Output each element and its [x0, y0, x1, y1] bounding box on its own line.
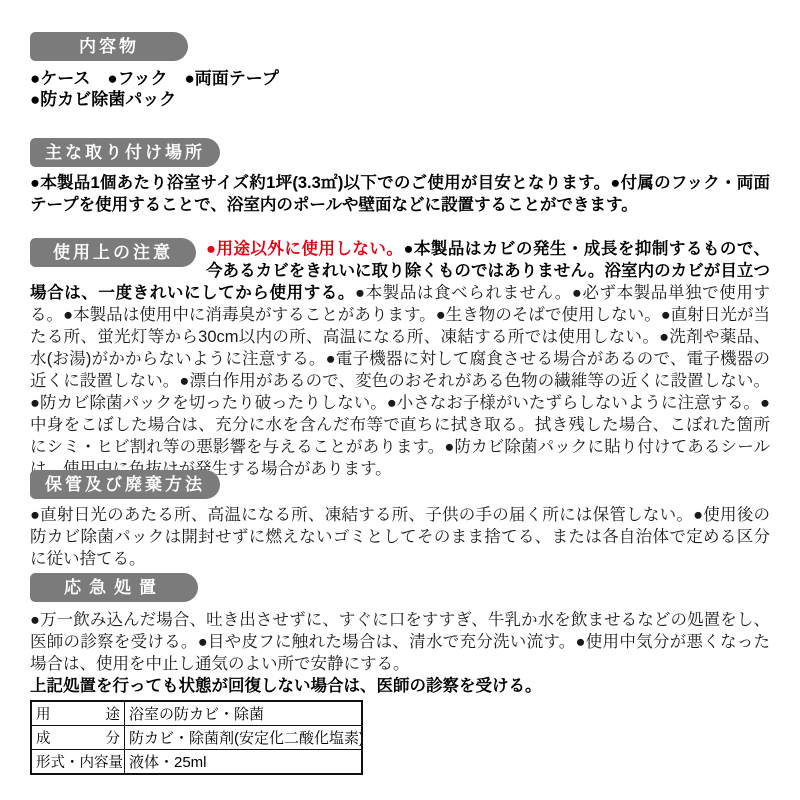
section-storage: 保管及び廃棄方法 ●直射日光のあたる所、高温になる所、凍結する所、子供の手の届く…: [30, 470, 770, 570]
table-row: 形式・内容量 液体・25ml: [31, 750, 362, 775]
storage-body: ●直射日光のあたる所、高温になる所、凍結する所、子供の手の届く所には保管しない。…: [30, 504, 770, 570]
installation-body: ●本製品1個あたり浴室サイズ約1坪(3.3㎡)以下でのご使用が目安となります。●…: [30, 172, 770, 216]
section-first-aid: 応急処置 ●万一飲み込んだ場合、吐き出させずに、すぐに口をすすぎ、牛乳か水を飲ま…: [30, 573, 770, 697]
first-aid-bold-note: 上記処置を行っても状態が回復しない場合は、医師の診察を受ける。: [30, 675, 770, 697]
section-title-contents: 内容物: [30, 32, 188, 61]
precautions-warning-red: ●用途以外に使用しない。: [206, 240, 403, 258]
spec-value-ingredients: 防カビ・除菌剤(安定化二酸化塩素)、有機酸: [125, 726, 363, 750]
section-title-installation: 主な取り付け場所: [30, 138, 220, 167]
contents-items-line1: ●ケース ●フック ●両面テープ: [30, 68, 770, 89]
spec-value-use: 浴室の防カビ・除菌: [125, 701, 363, 726]
product-label-document: 内容物 ●ケース ●フック ●両面テープ ●防カビ除菌パック 主な取り付け場所 …: [0, 0, 800, 800]
table-row: 用 途 浴室の防カビ・除菌: [31, 701, 362, 726]
spec-label-form-volume: 形式・内容量: [31, 750, 125, 775]
table-row: 成 分 防カビ・除菌剤(安定化二酸化塩素)、有機酸: [31, 726, 362, 750]
section-installation: 主な取り付け場所 ●本製品1個あたり浴室サイズ約1坪(3.3㎡)以下でのご使用が…: [30, 138, 770, 216]
section-title-storage: 保管及び廃棄方法: [30, 470, 220, 499]
section-title-first-aid: 応急処置: [30, 573, 198, 602]
precautions-body-text: ●本製品は食べられません。●必ず本製品単独で使用する。●本製品は使用中に消毒臭が…: [30, 284, 770, 478]
spec-label-ingredients: 成 分: [31, 726, 125, 750]
precautions-badge-wrap: 使用上の注意: [30, 238, 206, 280]
section-precautions: 使用上の注意 ●用途以外に使用しない。●本製品はカビの発生・成長を抑制するもので…: [30, 238, 770, 480]
first-aid-body: ●万一飲み込んだ場合、吐き出させずに、すぐに口をすすぎ、牛乳か水を飲ませるなどの…: [30, 609, 770, 675]
section-spec-table: 用 途 浴室の防カビ・除菌 成 分 防カビ・除菌剤(安定化二酸化塩素)、有機酸 …: [30, 700, 770, 775]
spec-table: 用 途 浴室の防カビ・除菌 成 分 防カビ・除菌剤(安定化二酸化塩素)、有機酸 …: [30, 700, 363, 775]
contents-items-line2: ●防カビ除菌パック: [30, 89, 770, 110]
section-title-precautions: 使用上の注意: [30, 238, 196, 267]
spec-label-use: 用 途: [31, 701, 125, 726]
spec-value-form-volume: 液体・25ml: [125, 750, 363, 775]
section-contents: 内容物 ●ケース ●フック ●両面テープ ●防カビ除菌パック: [30, 32, 770, 110]
